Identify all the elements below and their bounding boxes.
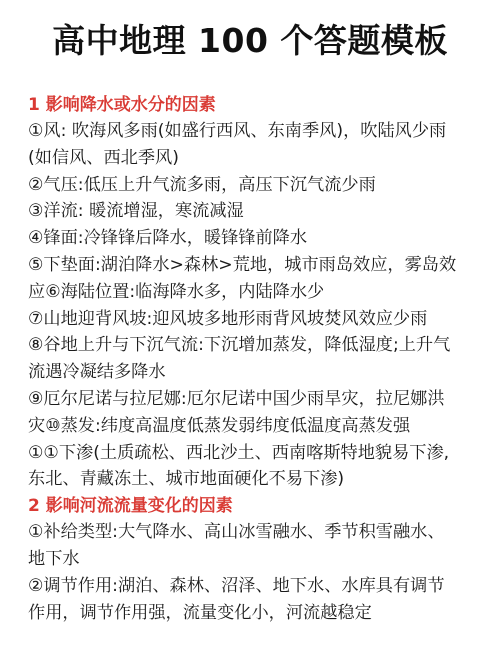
- section-precipitation-factors: 1 影响降水或水分的因素 ①风: 吹海风多雨(如盛行西风、东南季风)，吹陆风少雨…: [28, 92, 480, 493]
- text-line: 流遇冷凝结多降水: [28, 359, 480, 386]
- text-line: ④锋面:冷锋锋后降水，暖锋锋前降水: [28, 225, 480, 252]
- text-line: ⑧谷地上升与下沉气流:下沉增加蒸发，降低湿度;上升气: [28, 332, 480, 359]
- text-line: 作用，调节作用强，流量变化小，河流越稳定: [28, 600, 480, 627]
- page-title: 高中地理 100 个答题模板: [0, 19, 500, 63]
- text-line: ⑦山地迎背风坡:迎风坡多地形雨背风坡焚风效应少雨: [28, 306, 480, 333]
- section-river-flow-factors: 2 影响河流流量变化的因素 ①补给类型:大气降水、高山冰雪融水、季节积雪融水、 …: [28, 493, 480, 626]
- text-line: ①风: 吹海风多雨(如盛行西风、东南季风)，吹陆风少雨: [28, 118, 480, 145]
- text-line: 地下水: [28, 546, 480, 573]
- section-heading: 2 影响河流流量变化的因素: [28, 493, 480, 519]
- text-line: ①①下渗(土质疏松、西北沙土、西南喀斯特地貌易下渗,: [28, 440, 480, 467]
- text-line: ③洋流: 暖流增湿，寒流减湿: [28, 198, 480, 225]
- text-line: 东北、青藏冻土、城市地面硬化不易下渗): [28, 466, 480, 493]
- text-line: 灾⑩蒸发:纬度高温度低蒸发弱纬度低温度高蒸发强: [28, 413, 480, 440]
- text-line: ⑤下垫面:湖泊降水>森林>荒地，城市雨岛效应，雾岛效: [28, 252, 480, 279]
- section-heading: 1 影响降水或水分的因素: [28, 92, 480, 118]
- text-line: (如信风、西北季风): [28, 145, 480, 172]
- document-body: 1 影响降水或水分的因素 ①风: 吹海风多雨(如盛行西风、东南季风)，吹陆风少雨…: [28, 92, 480, 626]
- text-line: ①补给类型:大气降水、高山冰雪融水、季节积雪融水、: [28, 519, 480, 546]
- text-line: ②调节作用:湖泊、森林、沼泽、地下水、水库具有调节: [28, 573, 480, 600]
- text-line: 应⑥海陆位置:临海降水多，内陆降水少: [28, 279, 480, 306]
- text-line: ②气压:低压上升气流多雨，高压下沉气流少雨: [28, 172, 480, 199]
- text-line: ⑨厄尔尼诺与拉尼娜:厄尔尼诺中国少雨旱灾，拉尼娜洪: [28, 386, 480, 413]
